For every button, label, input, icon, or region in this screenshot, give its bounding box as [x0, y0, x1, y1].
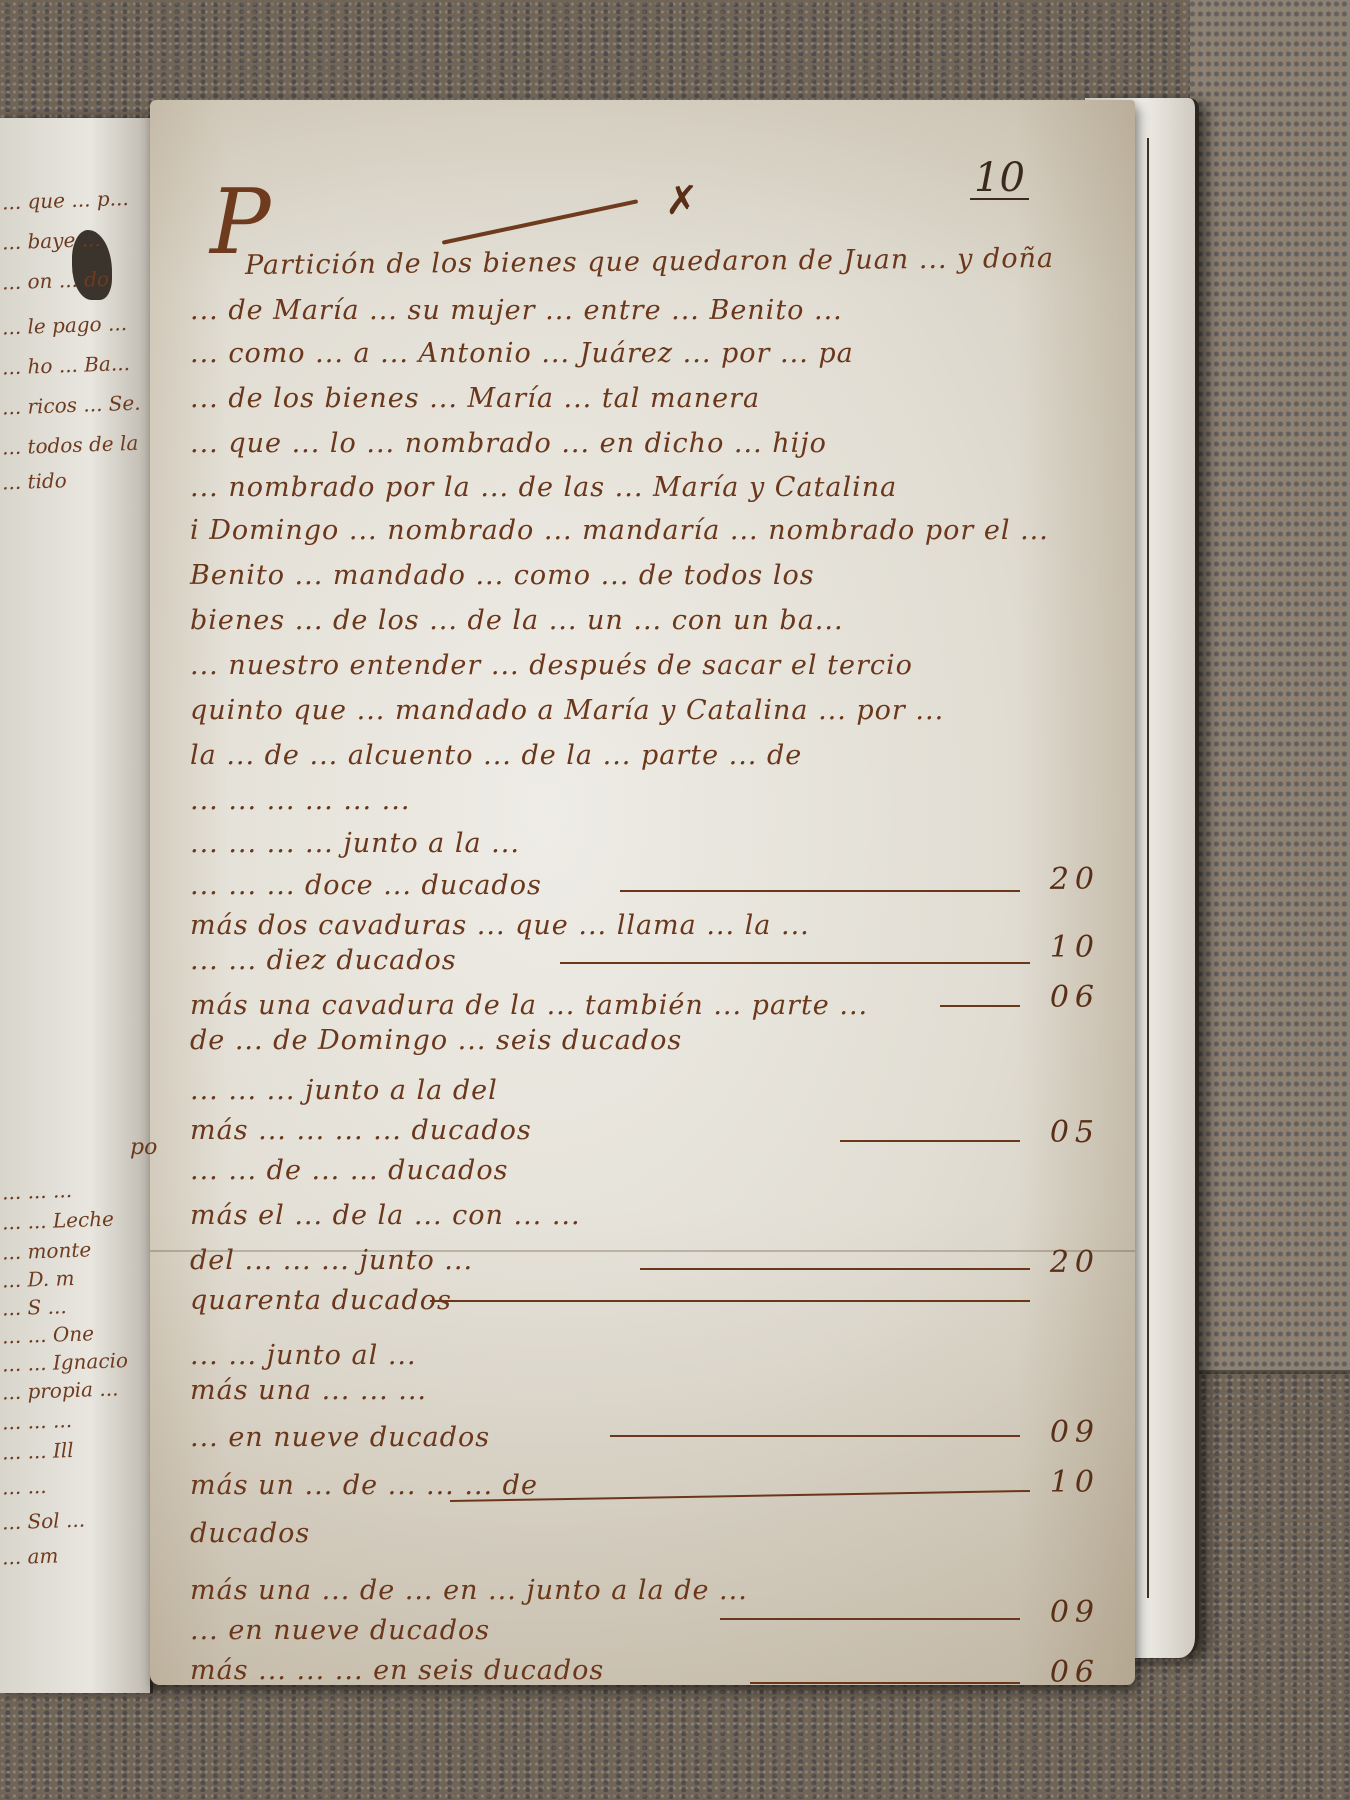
- left-page-line: ... ... Ill: [2, 1436, 143, 1465]
- text-line: ... ... ... ... ... ...: [190, 785, 1010, 816]
- text-line: ... ... junto al ...: [190, 1340, 1010, 1371]
- left-page-line: ... le pago ...: [2, 311, 143, 340]
- left-page-line: ... baye ...: [2, 226, 143, 255]
- text-line: ... ... ... ... junto a la ...: [190, 828, 1010, 859]
- text-line: más una ... ... ...: [190, 1375, 1010, 1406]
- folio-number: 10: [970, 158, 1029, 200]
- text-line: ... nuestro entender ... después de saca…: [190, 650, 1010, 681]
- left-page-line: ... on ... do: [2, 266, 143, 295]
- left-page-line: ... am: [2, 1541, 143, 1570]
- left-page-line: ... tido: [2, 466, 143, 495]
- left-page-line: ... todos de la ...: [2, 431, 143, 460]
- ledger-amount: 20: [1030, 862, 1100, 897]
- text-line: más un ... de ... ... ... de: [190, 1470, 1010, 1501]
- text-line: ... ... de ... ... ducados: [190, 1155, 1010, 1186]
- text-line: ducados: [190, 1518, 1010, 1549]
- left-page-line: ... monte: [2, 1236, 143, 1265]
- left-page-line: ... ... ...: [2, 1176, 143, 1205]
- text-line: quinto que ... mandado a María y Catalin…: [190, 695, 1010, 726]
- text-line: ... ... diez ducados: [190, 945, 1010, 976]
- text-line: i Domingo ... nombrado ... mandaría ... …: [190, 515, 1010, 546]
- text-line: Benito ... mandado ... como ... de todos…: [190, 560, 1010, 591]
- ledger-amount: 10: [1030, 1465, 1100, 1500]
- left-page-line: ... ... One: [2, 1320, 143, 1349]
- leader-line: [610, 1435, 1020, 1437]
- left-page-line: ... D. m: [2, 1264, 143, 1293]
- left-page-line: ... propia ...: [2, 1376, 143, 1405]
- text-line: ... en nueve ducados: [190, 1422, 1010, 1453]
- text-line: ... que ... lo ... nombrado ... en dicho…: [190, 428, 1010, 459]
- manuscript-page: 10 ✗ P Partición de los bienes que queda…: [150, 100, 1135, 1685]
- leader-line: [940, 1005, 1020, 1007]
- granite-surface: [1190, 0, 1350, 1374]
- left-page-line: ... Sol ...: [2, 1506, 143, 1535]
- leader-line: [840, 1140, 1020, 1142]
- text-line: ... de los bienes ... María ... tal mane…: [190, 383, 1010, 414]
- text-line: más una ... de ... en ... junto a la de …: [190, 1575, 1010, 1606]
- left-page-line: ... que ... p...: [2, 186, 143, 215]
- leader-line: [430, 1300, 1030, 1302]
- left-page-line: ... S ...: [2, 1292, 143, 1321]
- text-line: ... nombrado por la ... de las ... María…: [190, 472, 1010, 503]
- leader-line: [720, 1618, 1020, 1620]
- text-line: ... de María ... su mujer ... entre ... …: [190, 295, 1010, 326]
- left-page-line: ... ricos ... Se...: [2, 391, 143, 420]
- text-line: del ... ... ... junto ...: [190, 1245, 1010, 1276]
- leader-line: [620, 890, 1020, 892]
- pen-flourish: [442, 199, 638, 244]
- left-page-line: ... ... ...: [2, 1406, 143, 1435]
- leader-line: [640, 1268, 1030, 1270]
- leader-line: [750, 1682, 1020, 1684]
- left-page-line: ... ho ... Ba...: [2, 351, 143, 380]
- text-line: Partición de los bienes que quedaron de …: [245, 243, 1065, 281]
- ledger-amount: 20: [1030, 1245, 1100, 1280]
- leader-line: [560, 962, 1030, 964]
- text-line: bienes ... de los ... de la ... un ... c…: [190, 605, 1010, 636]
- left-page-line: ... ... Ignacio: [2, 1348, 143, 1377]
- ledger-amount: 10: [1030, 930, 1100, 965]
- text-line: ... ... ... junto a la del: [190, 1075, 1010, 1106]
- text-line: ... como ... a ... Antonio ... Juárez ..…: [190, 338, 1010, 369]
- rubric-mark: ✗: [665, 178, 699, 224]
- left-page-line: ... ...: [2, 1471, 143, 1500]
- margin-note: po: [130, 1135, 157, 1160]
- left-facing-page: ... que ... p... ... baye ... ... on ...…: [0, 118, 153, 1693]
- ledger-amount: 09: [1030, 1595, 1100, 1630]
- text-line: más una cavadura de la ... también ... p…: [190, 990, 1010, 1021]
- text-line: de ... de Domingo ... seis ducados: [190, 1025, 1010, 1056]
- text-line: más el ... de la ... con ... ...: [190, 1200, 1010, 1231]
- left-page-line: ... ... Leche: [2, 1206, 143, 1235]
- text-line: más dos cavaduras ... que ... llama ... …: [190, 910, 1010, 941]
- ledger-amount: 09: [1030, 1415, 1100, 1450]
- ledger-amount: 06: [1030, 1655, 1100, 1690]
- ledger-amount: 06: [1030, 980, 1100, 1015]
- text-line: ... ... ... doce ... ducados: [190, 870, 1010, 901]
- ledger-amount: 05: [1030, 1115, 1100, 1150]
- text-line: la ... de ... alcuento ... de la ... par…: [190, 740, 1010, 771]
